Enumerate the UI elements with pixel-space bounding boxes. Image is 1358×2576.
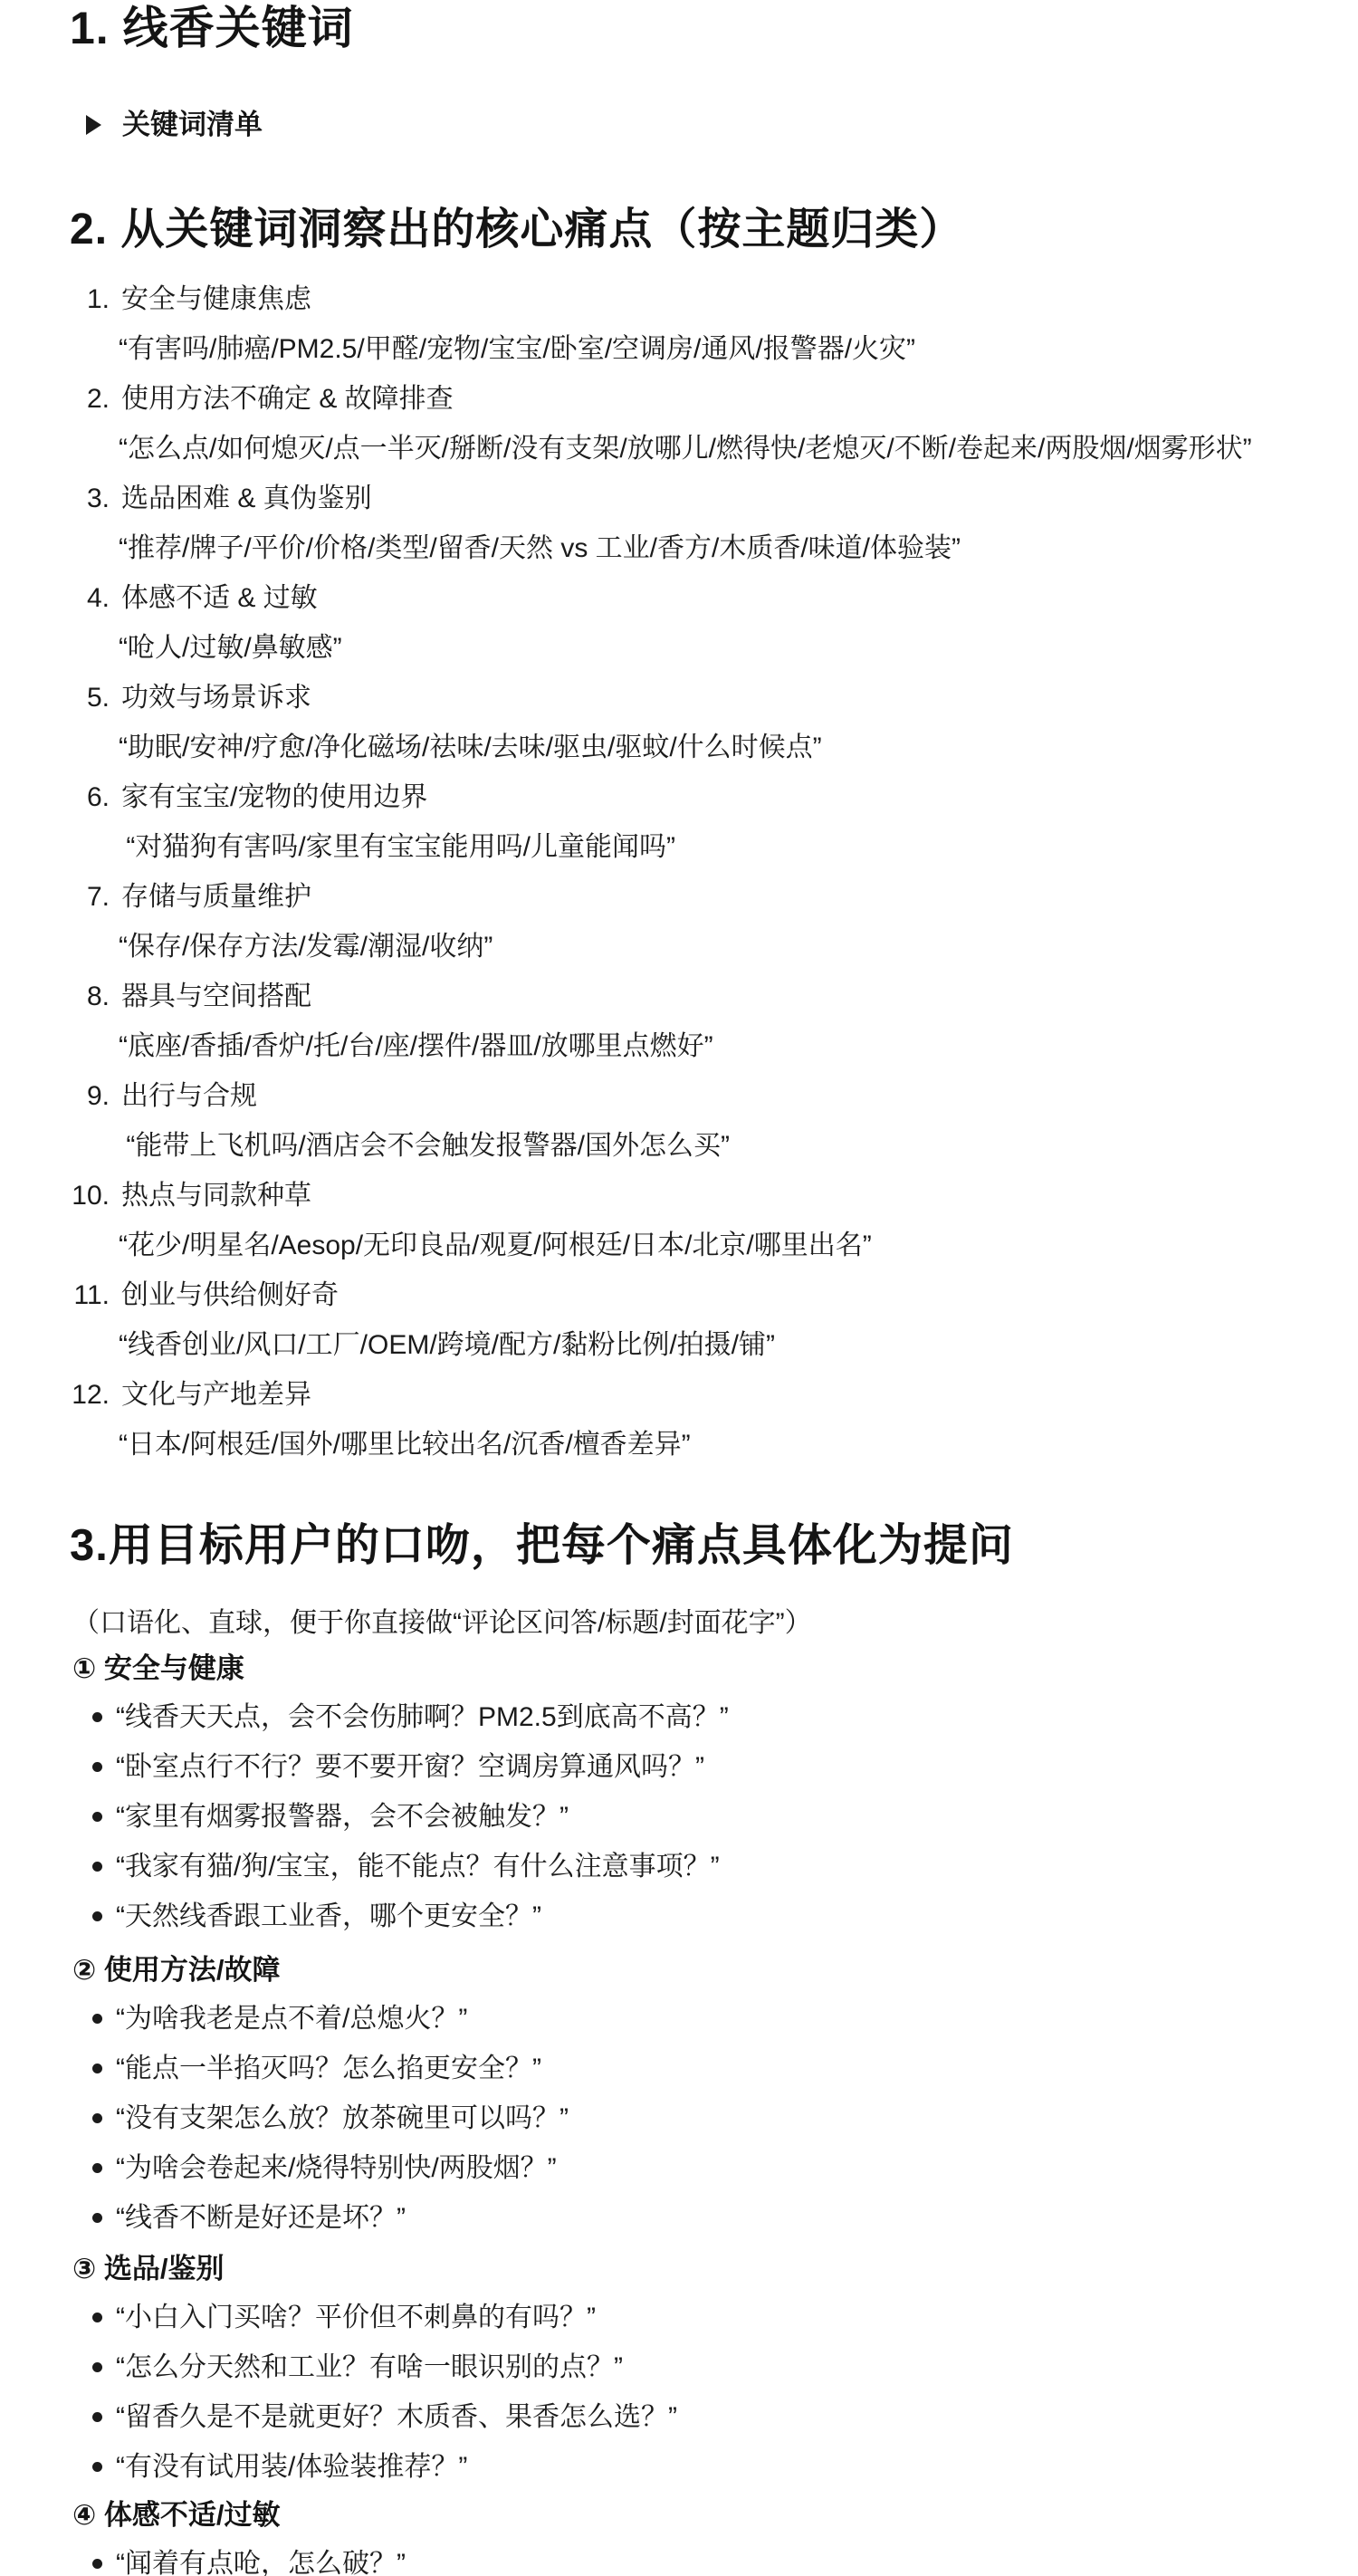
painpoint-title: 文化与产地差异 [121,1376,311,1414]
section3-heading: 3.用目标用户的口吻，把每个痛点具体化为提问 [70,1518,1304,1573]
painpoint-title: 功效与场景诉求 [121,679,311,717]
painpoint-item: 11. 创业与供给侧好奇 “线香创业/风口/工厂/OEM/跨境/配方/黏粉比例/… [70,1277,1304,1365]
question-text: “为啥会卷起来/烧得特别快/两股烟？” [116,2153,557,2183]
painpoint-item: 6. 家有宝宝/宠物的使用边界 “对猫狗有害吗/家里有宝宝能用吗/儿童能闻吗” [70,779,1304,867]
painpoint-title: 使用方法不确定 & 故障排查 [121,380,454,418]
painpoint-item: 9. 出行与合规 “能带上飞机吗/酒店会不会触发报警器/国外怎么买” [70,1077,1304,1165]
question-item: “有没有试用装/体验装推荐？” [70,2448,1304,2486]
tone-note: （口语化、直球，便于你直接做“评论区问答/标题/封面花字”） [72,1604,1304,1642]
painpoint-number: 10. [70,1177,110,1215]
question-text: “卧室点行不行？要不要开窗？空调房算通风吗？” [116,1752,704,1782]
painpoint-item: 3. 选品困难 & 真伪鉴别 “推荐/牌子/平价/价格/类型/留香/天然 vs … [70,480,1304,568]
question-item: “卧室点行不行？要不要开窗？空调房算通风吗？” [70,1748,1304,1786]
question-item: “怎么分天然和工业？有啥一眼识别的点？” [70,2349,1304,2387]
painpoint-title: 器具与空间搭配 [121,978,311,1016]
question-item: “家里有烟雾报警器，会不会被触发？” [70,1798,1304,1836]
painpoint-keywords: “日本/阿根廷/国外/哪里比较出名/沉香/檀香差异” [119,1426,1304,1464]
painpoint-keywords: “保存/保存方法/发霉/潮湿/收纳” [119,928,1304,966]
question-text: “留香久是不是就更好？木质香、果香怎么选？” [116,2402,677,2432]
bullet-dot-icon [92,2559,102,2569]
bullet-dot-icon [92,1762,102,1772]
bullet-dot-icon [92,1812,102,1822]
question-item: “线香天天点，会不会伤肺啊？PM2.5到底高不高？” [70,1699,1304,1737]
painpoint-keywords: “助眠/安神/疗愈/净化磁场/祛味/去味/驱虫/驱蚊/什么时候点” [119,729,1304,767]
question-text: “没有支架怎么放？放茶碗里可以吗？” [116,2103,569,2133]
question-list: “线香天天点，会不会伤肺啊？PM2.5到底高不高？” “卧室点行不行？要不要开窗… [70,1699,1304,1936]
painpoint-keywords: “对猫狗有害吗/家里有宝宝能用吗/儿童能闻吗” [119,828,1304,867]
question-item: “能点一半掐灭吗？怎么掐更安全？” [70,2050,1304,2088]
bullet-dot-icon [92,2113,102,2123]
question-list: “闻着有点呛，怎么破？” [70,2545,1304,2576]
question-item: “天然线香跟工业香，哪个更安全？” [70,1898,1304,1936]
painpoint-item: 10. 热点与同款种草 “花少/明星名/Aesop/无印良品/观夏/阿根廷/日本… [70,1177,1304,1265]
question-item: “我家有猫/狗/宝宝，能不能点？有什么注意事项？” [70,1848,1304,1886]
painpoint-number: 4. [70,579,110,618]
painpoint-title: 创业与供给侧好奇 [121,1277,339,1315]
question-text: “我家有猫/狗/宝宝，能不能点？有什么注意事项？” [116,1852,720,1882]
bullet-dot-icon [92,2313,102,2322]
question-text: “有没有试用装/体验装推荐？” [116,2452,467,2482]
bullet-dot-icon [92,2462,102,2472]
question-list: “为啥我老是点不着/总熄火？” “能点一半掐灭吗？怎么掐更安全？” “没有支架怎… [70,2000,1304,2237]
bullet-dot-icon [92,1911,102,1921]
painpoint-keywords: “呛人/过敏/鼻敏感” [119,629,1304,667]
group-heading-discomfort: ④ 体感不适/过敏 [72,2496,1304,2534]
group-heading-safety: ① 安全与健康 [72,1650,1304,1688]
painpoint-title: 体感不适 & 过敏 [121,579,318,618]
toggle-label: 关键词清单 [122,106,263,144]
painpoint-keywords: “有害吗/肺癌/PM2.5/甲醛/宠物/宝宝/卧室/空调房/通风/报警器/火灾” [119,330,1304,369]
bullet-dot-icon [92,1862,102,1872]
painpoint-title: 安全与健康焦虑 [121,281,311,319]
painpoint-item: 2. 使用方法不确定 & 故障排查 “怎么点/如何熄灭/点一半灭/掰断/没有支架… [70,380,1304,468]
question-item: “线香不断是好还是坏？” [70,2199,1304,2237]
painpoint-item: 4. 体感不适 & 过敏 “呛人/过敏/鼻敏感” [70,579,1304,667]
bullet-dot-icon [92,2014,102,2024]
painpoint-title: 存储与质量维护 [121,878,311,916]
question-item: “小白入门买啥？平价但不刺鼻的有吗？” [70,2299,1304,2337]
group-heading-selection: ③ 选品/鉴别 [72,2250,1304,2288]
question-item: “没有支架怎么放？放茶碗里可以吗？” [70,2100,1304,2138]
question-text: “线香不断是好还是坏？” [116,2203,406,2233]
painpoint-title: 热点与同款种草 [121,1177,311,1215]
bullet-dot-icon [92,2163,102,2173]
section2-heading: 2. 从关键词洞察出的核心痛点（按主题归类） [70,203,1304,257]
question-text: “怎么分天然和工业？有啥一眼识别的点？” [116,2352,623,2382]
question-item: “闻着有点呛，怎么破？” [70,2545,1304,2576]
bullet-dot-icon [92,1712,102,1722]
painpoint-item: 12. 文化与产地差异 “日本/阿根廷/国外/哪里比较出名/沉香/檀香差异” [70,1376,1304,1464]
question-item: “留香久是不是就更好？木质香、果香怎么选？” [70,2399,1304,2437]
painpoint-number: 9. [70,1077,110,1116]
painpoint-number: 2. [70,380,110,418]
keyword-list-toggle[interactable]: 关键词清单 [86,106,1304,144]
document-page: 1. 线香关键词 关键词清单 2. 从关键词洞察出的核心痛点（按主题归类） 1.… [0,0,1358,2576]
painpoint-item: 7. 存储与质量维护 “保存/保存方法/发霉/潮湿/收纳” [70,878,1304,966]
painpoint-keywords: “推荐/牌子/平价/价格/类型/留香/天然 vs 工业/香方/木质香/味道/体验… [119,530,1304,568]
painpoint-title: 出行与合规 [121,1077,257,1116]
question-text: “小白入门买啥？平价但不刺鼻的有吗？” [116,2303,596,2332]
bullet-dot-icon [92,2213,102,2223]
painpoint-number: 8. [70,978,110,1016]
painpoint-keywords: “线香创业/风口/工厂/OEM/跨境/配方/黏粉比例/拍摄/铺” [119,1326,1304,1365]
painpoint-number: 5. [70,679,110,717]
question-text: “天然线香跟工业香，哪个更安全？” [116,1901,541,1931]
question-text: “能点一半掐灭吗？怎么掐更安全？” [116,2054,541,2083]
group-heading-usage: ② 使用方法/故障 [72,1951,1304,1989]
toggle-arrow-icon [86,115,101,135]
bullet-dot-icon [92,2412,102,2422]
question-item: “为啥我老是点不着/总熄火？” [70,2000,1304,2038]
painpoint-number: 6. [70,779,110,817]
question-text: “闻着有点呛，怎么破？” [116,2549,406,2576]
painpoint-keywords: “底座/香插/香炉/托/台/座/摆件/器皿/放哪里点燃好” [119,1028,1304,1066]
section1-heading: 1. 线香关键词 [70,0,1304,56]
painpoint-number: 7. [70,878,110,916]
painpoint-number: 11. [70,1277,110,1315]
painpoint-title: 选品困难 & 真伪鉴别 [121,480,372,518]
painpoint-number: 12. [70,1376,110,1414]
painpoint-keywords: “花少/明星名/Aesop/无印良品/观夏/阿根廷/日本/北京/哪里出名” [119,1227,1304,1265]
painpoint-number: 1. [70,281,110,319]
painpoint-number: 3. [70,480,110,518]
painpoint-item: 5. 功效与场景诉求 “助眠/安神/疗愈/净化磁场/祛味/去味/驱虫/驱蚊/什么… [70,679,1304,767]
bullet-dot-icon [92,2064,102,2073]
question-list: “小白入门买啥？平价但不刺鼻的有吗？” “怎么分天然和工业？有啥一眼识别的点？”… [70,2299,1304,2486]
bullet-dot-icon [92,2362,102,2372]
painpoint-keywords: “怎么点/如何熄灭/点一半灭/掰断/没有支架/放哪儿/燃得快/老熄灭/不断/卷起… [119,430,1304,468]
question-item: “为啥会卷起来/烧得特别快/两股烟？” [70,2150,1304,2188]
painpoint-list: 1. 安全与健康焦虑 “有害吗/肺癌/PM2.5/甲醛/宠物/宝宝/卧室/空调房… [70,281,1304,1464]
painpoint-title: 家有宝宝/宠物的使用边界 [121,779,427,817]
question-text: “家里有烟雾报警器，会不会被触发？” [116,1802,569,1832]
question-text: “为啥我老是点不着/总熄火？” [116,2004,467,2034]
painpoint-item: 8. 器具与空间搭配 “底座/香插/香炉/托/台/座/摆件/器皿/放哪里点燃好” [70,978,1304,1066]
question-text: “线香天天点，会不会伤肺啊？PM2.5到底高不高？” [116,1702,729,1732]
painpoint-keywords: “能带上飞机吗/酒店会不会触发报警器/国外怎么买” [119,1127,1304,1165]
painpoint-item: 1. 安全与健康焦虑 “有害吗/肺癌/PM2.5/甲醛/宠物/宝宝/卧室/空调房… [70,281,1304,369]
